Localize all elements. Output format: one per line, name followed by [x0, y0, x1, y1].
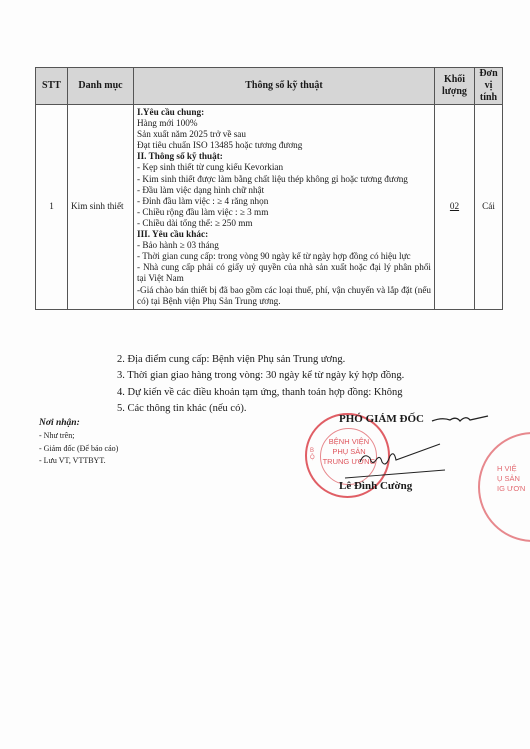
row-quantity: 02: [435, 105, 475, 310]
spec-line: Sản xuất năm 2025 trở về sau: [137, 129, 431, 140]
additional-terms: 2. Địa điểm cung cấp: Bệnh viện Phụ sản …: [117, 352, 404, 417]
spec-section-heading: II. Thông số kỹ thuật:: [137, 151, 431, 162]
row-category: Kim sinh thiết: [68, 105, 134, 310]
header-unit: Đơn vị tính: [475, 68, 503, 105]
spec-line: - Nhà cung cấp phải có giấy uỷ quyền của…: [137, 262, 431, 284]
spec-line: - Thời gian cung cấp: trong vòng 90 ngày…: [137, 251, 431, 262]
quantity-value: 02: [450, 201, 459, 211]
header-quantity: Khối lượng: [435, 68, 475, 105]
spec-line: Đạt tiêu chuẩn ISO 13485 hoặc tương đươn…: [137, 140, 431, 151]
spec-line: - Chiều dài tổng thể: ≥ 250 mm: [137, 218, 431, 229]
spec-section-heading: I.Yêu cầu chung:: [137, 107, 431, 118]
signer-name: Lê Đình Cường: [339, 480, 412, 492]
term-item: 3. Thời gian giao hàng trong vòng: 30 ng…: [117, 368, 404, 384]
signer-title: PHÓ GIÁM ĐỐC: [339, 413, 424, 425]
spec-line: - Kẹp sinh thiết từ cung kiểu Kevorkian: [137, 162, 431, 173]
header-category: Danh mục: [68, 68, 134, 105]
spec-line: Hàng mới 100%: [137, 118, 431, 129]
spec-line: - Đỉnh đầu làm việc : ≥ 4 răng nhọn: [137, 196, 431, 207]
header-specs: Thông số kỹ thuật: [134, 68, 435, 105]
recipients-block: Nơi nhận: - Như trên;- Giám đốc (Để báo …: [39, 417, 118, 468]
header-stt: STT: [36, 68, 68, 105]
term-item: 2. Địa điểm cung cấp: Bệnh viện Phụ sản …: [117, 352, 404, 368]
recipient-item: - Lưu VT, VTTBYT.: [39, 455, 118, 468]
document-page: STT Danh mục Thông số kỹ thuật Khối lượn…: [0, 0, 530, 749]
spec-line: - Kim sinh thiết được làm bằng chất liệu…: [137, 174, 431, 185]
spec-line: - Bảo hành ≥ 03 tháng: [137, 240, 431, 251]
signature-flourish-icon: [430, 412, 490, 426]
spec-line: - Đầu làm việc dạng hình chữ nhật: [137, 185, 431, 196]
table-row: 1 Kim sinh thiết I.Yêu cầu chung:Hàng mớ…: [36, 105, 503, 310]
row-specs: I.Yêu cầu chung:Hàng mới 100%Sản xuất nă…: [134, 105, 435, 310]
recipient-item: - Như trên;: [39, 430, 118, 443]
row-unit: Cái: [475, 105, 503, 310]
recipient-item: - Giám đốc (Để báo cáo): [39, 443, 118, 456]
spec-line: -Giá chào bán thiết bị đã bao gồm các lo…: [137, 285, 431, 307]
spec-section-heading: III. Yêu cầu khác:: [137, 229, 431, 240]
spec-line: - Chiều rộng đầu làm việc : ≥ 3 mm: [137, 207, 431, 218]
term-item: 4. Dự kiến về các điều khoản tạm ứng, th…: [117, 385, 404, 401]
partial-stamp-text: H VIỆỤ SẢNIG ƯƠN: [497, 464, 525, 494]
signature-icon: [340, 440, 450, 480]
recipients-title: Nơi nhận:: [39, 417, 118, 430]
table-header-row: STT Danh mục Thông số kỹ thuật Khối lượn…: [36, 68, 503, 105]
stamp-side-text: B Ộ: [310, 448, 317, 462]
spec-table: STT Danh mục Thông số kỹ thuật Khối lượn…: [35, 67, 503, 310]
recipients-list: - Như trên;- Giám đốc (Để báo cáo)- Lưu …: [39, 430, 118, 468]
row-stt: 1: [36, 105, 68, 310]
